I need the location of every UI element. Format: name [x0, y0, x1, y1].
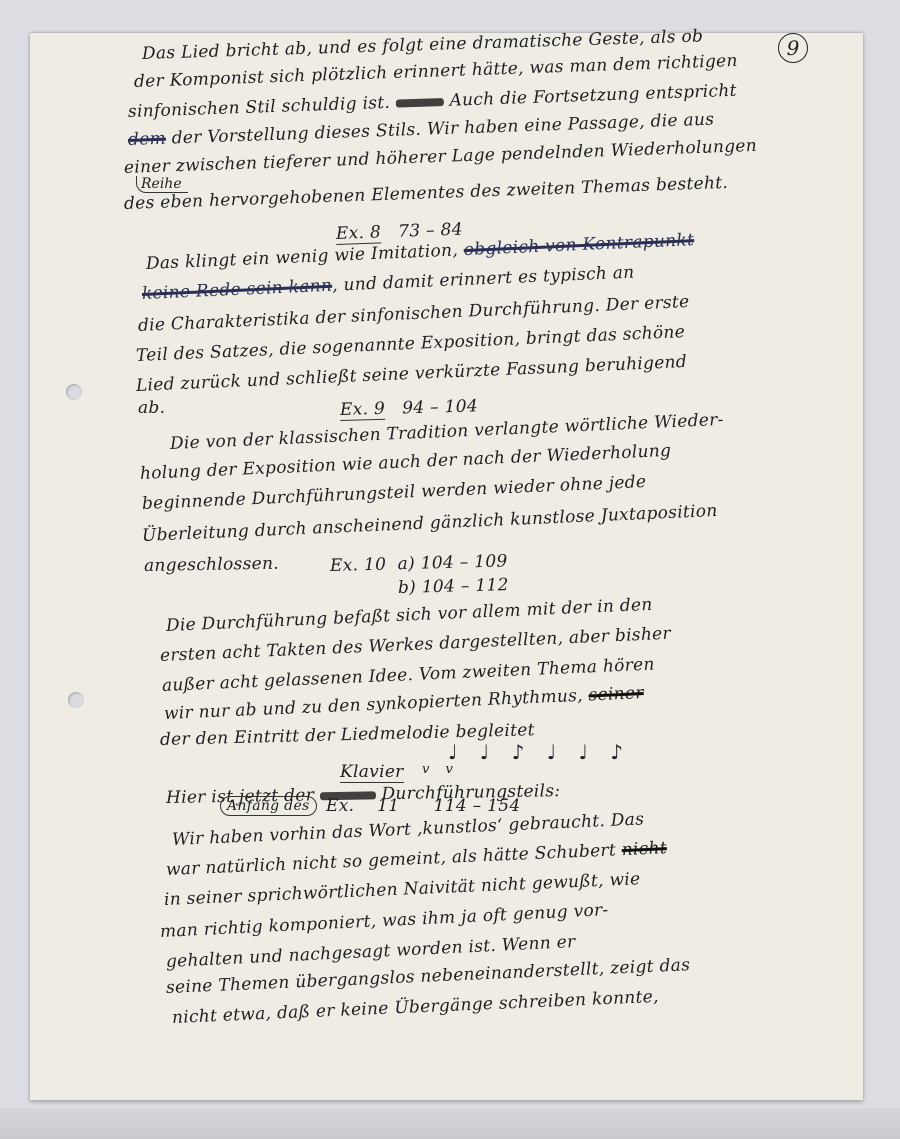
struck-word: dem [128, 129, 167, 150]
music-example-ref: Ex. 11 114 – 154 [326, 796, 521, 816]
example-range: 73 – 84 [398, 220, 463, 242]
example-label: Ex. 9 [340, 399, 386, 421]
punch-hole-bottom [68, 692, 84, 708]
text-line: ab. [138, 398, 165, 418]
ink-blot-deletion [396, 97, 444, 107]
example-range-a: a) 104 – 109 [397, 551, 507, 574]
example-label: Ex. [326, 796, 354, 816]
example-number: 11 [377, 796, 399, 816]
struck-word: nicht [621, 838, 667, 860]
rhythm-notation: ♩ ♩ ♪ ♩ ♩ ♪ [448, 740, 631, 764]
circled-insert: Anfang des [220, 796, 317, 816]
punch-hole-top [66, 384, 82, 400]
struck-word: seiner [588, 683, 644, 705]
rhythm-label: Klavier [340, 762, 404, 782]
example-range: 114 – 154 [434, 796, 521, 816]
klavier-label: Klavier [340, 762, 404, 783]
example-label: Ex. 10 [330, 555, 387, 576]
text-line: angeschlossen. [144, 554, 279, 576]
music-example-ref: Ex. 9 94 – 104 [340, 396, 479, 420]
background-shadow [0, 1108, 900, 1139]
music-example-ref: b) 104 – 112 [398, 575, 509, 598]
example-label: Ex. 8 [336, 222, 382, 245]
page-number: 9 [778, 33, 808, 63]
example-range: 94 – 104 [402, 396, 478, 418]
margin-insert-note: Reihe [136, 176, 188, 193]
accent-marks: v v [422, 762, 459, 777]
